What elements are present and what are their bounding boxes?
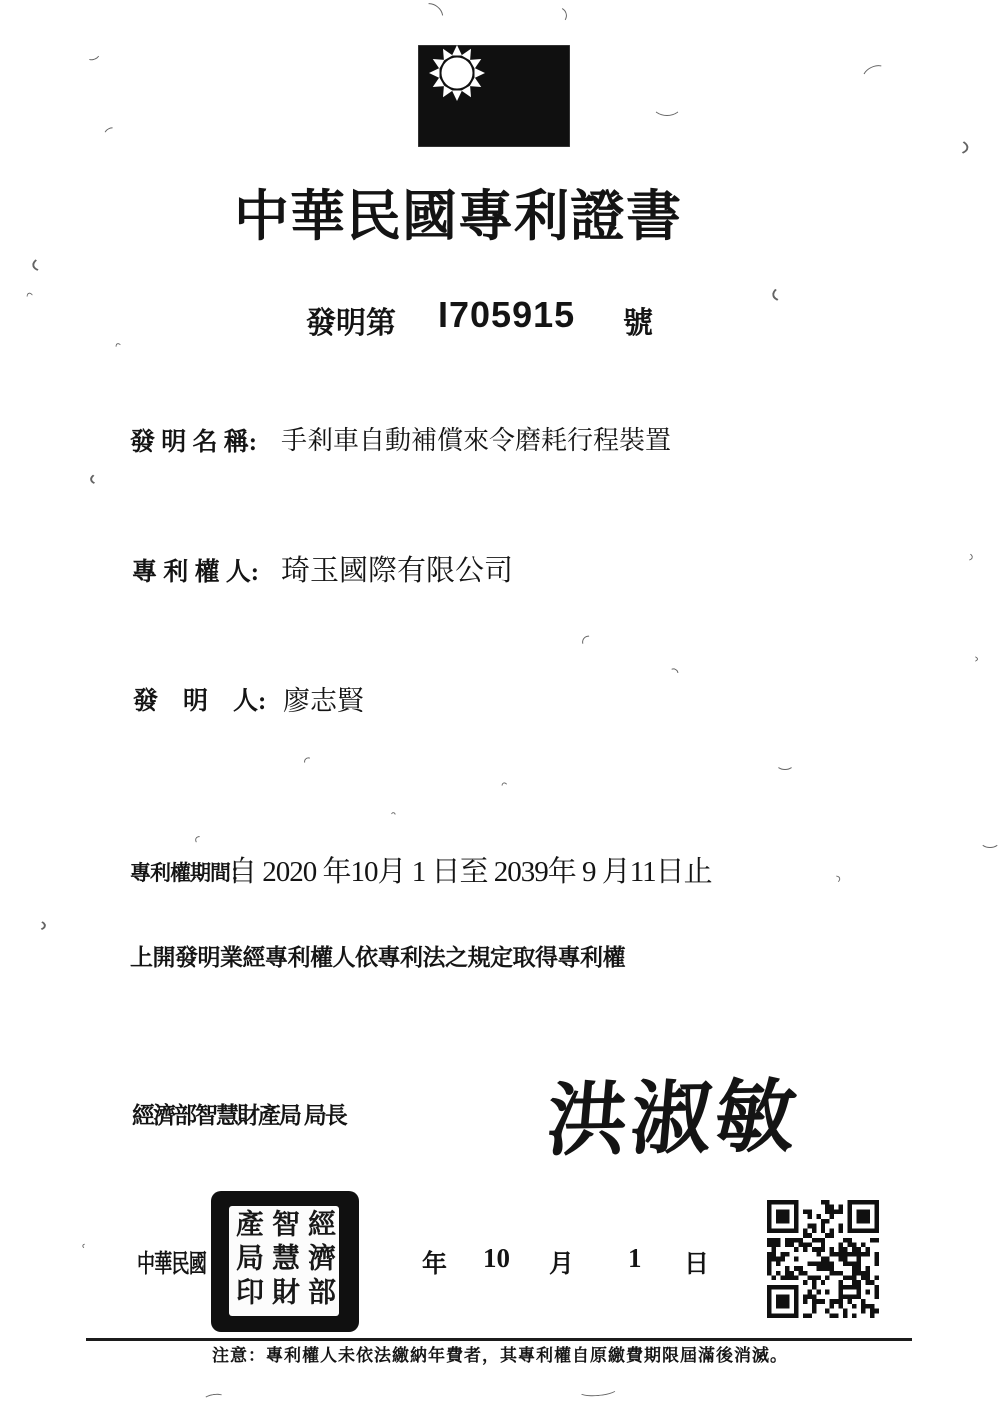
roc-flag (418, 45, 570, 147)
inventor-value: 廖志賢 (283, 679, 364, 718)
invention-name-value: 手剎車自動補償來令磨耗行程裝置 (281, 420, 671, 457)
scan-artifact (204, 1393, 225, 1404)
scan-artifact (301, 754, 323, 777)
official-seal-stamp: 經濟部 智慧財 產局印 (211, 1191, 359, 1332)
scan-artifact (81, 1242, 102, 1255)
issuing-office-title: 經濟部智慧財產局 局長 (132, 1097, 346, 1130)
inventor-label: 發 明 人: (133, 681, 266, 717)
grant-statement: 上開發明業經專利權人依專利法之規定取得專利權 (130, 939, 625, 972)
scan-artifact (776, 758, 794, 770)
scan-artifact (85, 48, 102, 62)
patent-certificate-page: 中華民國專利證書 發明第 I705915 號 發 明 名 稱: 手剎車自動補償來… (0, 0, 1000, 1415)
scan-artifact (810, 872, 842, 894)
date-era: 中華民國 (137, 1244, 206, 1280)
patentee-label: 專 利 權 人: (132, 552, 259, 588)
patent-number-prefix: 發明第 (306, 298, 396, 342)
date-month: 10 (483, 1243, 510, 1274)
scan-artifact (545, 5, 569, 28)
date-year-unit: 年 (422, 1244, 447, 1280)
qr-code (767, 1200, 879, 1318)
scan-artifact (386, 811, 397, 832)
scan-artifact (193, 833, 220, 855)
scan-artifact (1, 914, 46, 934)
seal-column-1: 經濟部 (301, 1209, 337, 1316)
scan-artifact (31, 248, 78, 275)
scan-artifact (944, 654, 978, 664)
footer-note: 注意：專利權人未依法繳納年費者，其專利權自原繳費期限屆滿後消滅。 (0, 1341, 1000, 1366)
patentee-value: 琦玉國際有限公司 (281, 548, 513, 589)
seal-text: 經濟部 智慧財 產局印 (229, 1206, 339, 1316)
patent-number: I705915 (438, 294, 575, 336)
scan-artifact (89, 468, 126, 487)
director-signature: 洪淑敏 (543, 1052, 806, 1171)
date-day: 1 (628, 1243, 642, 1274)
scan-artifact (113, 341, 134, 371)
scan-artifact (578, 1382, 619, 1397)
invention-name-label: 發 明 名 稱: (130, 422, 257, 458)
scan-artifact (23, 291, 45, 333)
scan-artifact (499, 781, 515, 809)
scan-artifact (578, 632, 605, 658)
scan-artifact (652, 94, 682, 116)
scan-artifact (414, 0, 448, 32)
scan-artifact (913, 132, 970, 159)
seal-column-3: 產局印 (229, 1209, 265, 1316)
patent-number-suffix: 號 (623, 298, 653, 342)
scan-artifact (859, 61, 890, 88)
scan-artifact (663, 666, 681, 686)
scan-artifact (103, 126, 117, 139)
patent-term-value: 自 2020 年10月 1 日至 2039年 9 月11日止 (228, 849, 712, 890)
date-month-unit: 月 (549, 1244, 574, 1280)
seal-column-2: 智慧財 (265, 1209, 301, 1316)
date-day-unit: 日 (684, 1244, 709, 1280)
scan-artifact (942, 546, 974, 563)
certificate-title: 中華民國專利證書 (198, 172, 718, 251)
scan-artifact (771, 279, 814, 306)
scan-artifact (980, 834, 1000, 848)
